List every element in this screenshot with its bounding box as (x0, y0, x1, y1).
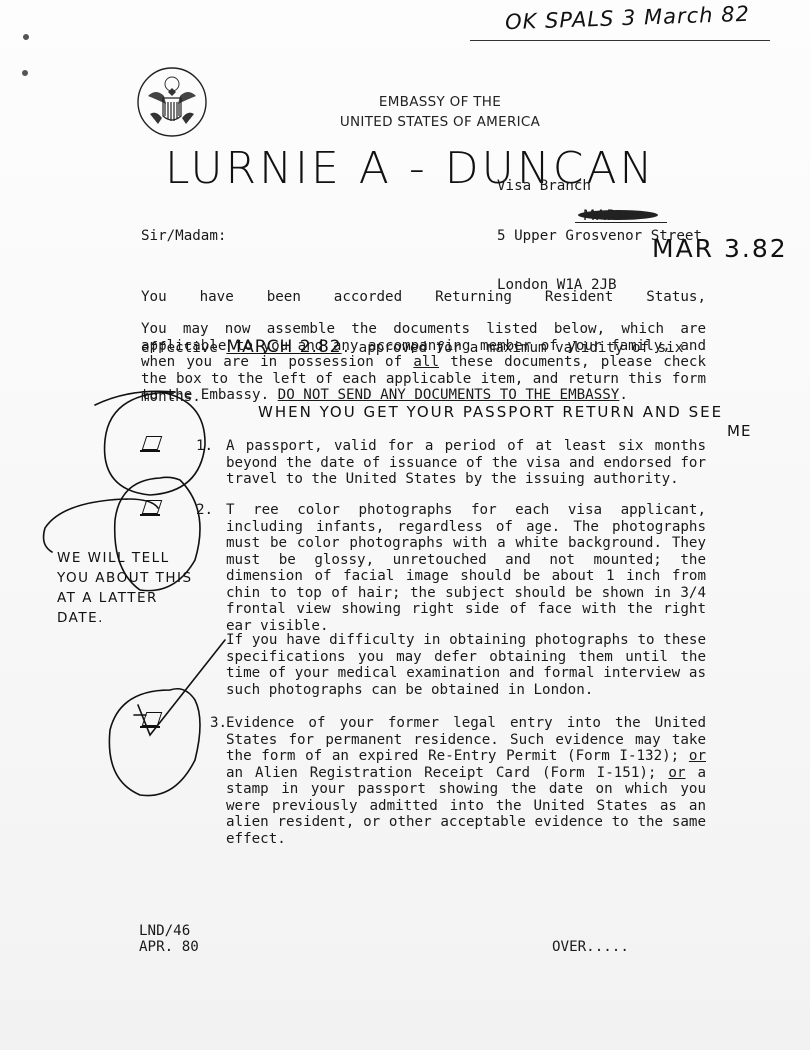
punch-hole-mark (22, 70, 28, 76)
handwritten-side-note: WE WILL TELL YOU ABOUT THIS AT A LATTER … (57, 548, 193, 628)
letterhead-line2: UNITED STATES OF AMERICA (250, 112, 630, 132)
item-2-text: T ree color photographs for each visa ap… (226, 502, 706, 634)
handwritten-top-note: OK SPALS 3 March 82 (505, 2, 751, 35)
instructions-warning: DO NOT SEND ANY DOCUMENTS TO THE EMBASSY (278, 387, 620, 403)
form-date: APR. 80 (139, 939, 199, 956)
side-note-line: WE WILL TELL (57, 548, 193, 568)
side-note-line: AT A LATTER (57, 588, 193, 608)
instructions-paragraph: You may now assemble the documents liste… (141, 321, 706, 404)
status-line1: You have been accorded Returning Residen… (141, 289, 706, 306)
scribble-line (575, 222, 667, 223)
top-note-underline (470, 40, 770, 41)
letterhead-line1: EMBASSY OF THE (250, 92, 630, 112)
photo-deferral-note: If you have difficulty in obtaining phot… (226, 632, 706, 698)
item-2-number: 2. (196, 502, 213, 519)
item-3-checkbox-checked[interactable] (140, 712, 160, 728)
handwritten-passport-note-2: ME (727, 422, 751, 440)
handwritten-passport-note: WHEN YOU GET YOUR PASSPORT RETURN AND SE… (258, 403, 723, 421)
item-3-number: 3. (210, 715, 227, 732)
address-line1: Visa Branch (497, 178, 702, 195)
side-note-line: DATE. (57, 608, 193, 628)
item-3-or: or (689, 748, 706, 764)
instructions-all: all (413, 354, 439, 370)
over-label: OVER..... (552, 939, 629, 956)
letter-page: OK SPALS 3 March 82 EMBASSY OF THE UNITE… (0, 0, 810, 1050)
item-3-text: Evidence of your former legal entry into… (226, 715, 706, 847)
form-code: LND/46 (139, 923, 190, 940)
punch-hole-mark (23, 34, 29, 40)
letterhead: EMBASSY OF THE UNITED STATES OF AMERICA (250, 92, 630, 132)
side-note-line: YOU ABOUT THIS (57, 568, 193, 588)
instructions-end: . (619, 387, 628, 403)
salutation: Sir/Madam: (141, 228, 226, 245)
item-2-checkbox[interactable] (140, 500, 160, 516)
item-1-checkbox[interactable] (140, 436, 160, 452)
great-seal-icon (136, 66, 208, 138)
item-1-number: 1. (196, 438, 213, 455)
item-1-text: A passport, valid for a period of at lea… (226, 438, 706, 488)
scribble-mark (578, 210, 658, 220)
item-3-text-b: an Alien Registration Receipt Card (Form… (226, 765, 668, 781)
item-3-text-a: Evidence of your former legal entry into… (226, 715, 706, 764)
item-3-or: or (668, 765, 685, 781)
